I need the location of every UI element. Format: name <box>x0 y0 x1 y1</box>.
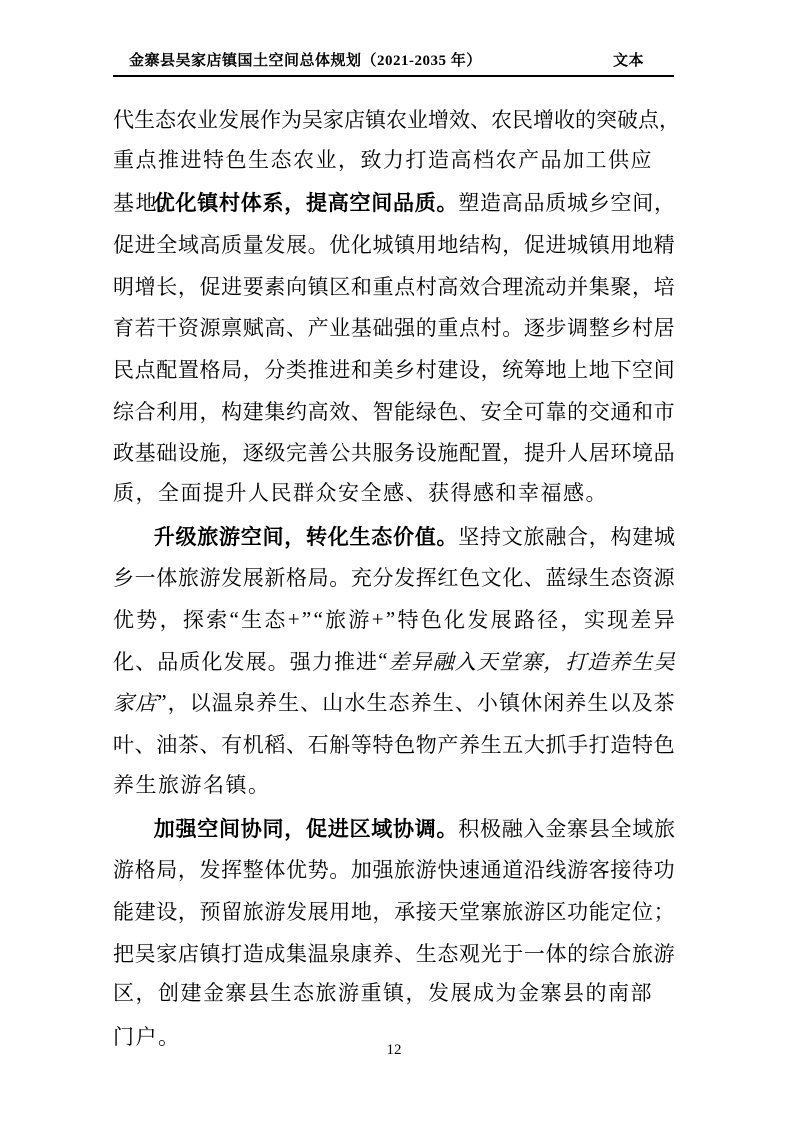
bold-text-char: 协 <box>241 813 262 843</box>
normal-text-char: 乡 <box>610 312 631 342</box>
normal-text-char: 于 <box>502 938 523 968</box>
bold-text-char: 区 <box>350 813 371 843</box>
normal-text-char: 天 <box>437 896 458 926</box>
normal-text-char: 合 <box>135 396 156 426</box>
text-line: 育若干资源禀赋高、产业基础强的重点村。逐步调整乡村居 <box>113 306 675 348</box>
normal-text-char: 推 <box>308 354 329 384</box>
normal-text-char: 镇 <box>200 938 221 968</box>
normal-text-char: 业 <box>197 104 218 134</box>
normal-text-char: 地 <box>632 229 653 259</box>
bold-text-char: 镇 <box>197 187 218 217</box>
normal-text-char: 的 <box>567 938 588 968</box>
bold-text-char: 间 <box>263 521 284 551</box>
normal-text-char: 全 <box>502 396 523 426</box>
normal-text-char: ， <box>654 187 675 217</box>
normal-text-char: 承 <box>394 896 415 926</box>
normal-text-char: 发 <box>467 604 488 634</box>
normal-text-char: 展 <box>286 229 307 259</box>
page-header: 金寨县吴家店镇国土空间总体规划（2021-2035 年） 文本 <box>113 49 674 77</box>
bold-text-char: 品 <box>393 187 414 217</box>
normal-text-char: 分 <box>373 562 394 592</box>
normal-text-char: 造 <box>243 938 264 968</box>
normal-text-char: 造 <box>480 187 501 217</box>
bold-text-char: 体 <box>241 187 262 217</box>
normal-text-char: 的 <box>575 104 596 134</box>
normal-text-char: 约 <box>286 396 307 426</box>
normal-text-char: 统 <box>502 354 523 384</box>
normal-text-char: 塑 <box>458 187 479 217</box>
normal-text-char: 局 <box>308 562 329 592</box>
normal-text-char: 进 <box>221 271 242 301</box>
normal-text-char: 发 <box>264 229 285 259</box>
normal-text-char: 合 <box>567 521 588 551</box>
normal-text-char: ” <box>302 607 311 632</box>
normal-text-char: 生 <box>366 687 387 717</box>
normal-text-char: 强 <box>373 854 394 884</box>
normal-text-char: ， <box>243 354 264 384</box>
normal-text-char: ， <box>160 604 181 634</box>
normal-text-char: 地 <box>437 229 458 259</box>
normal-text-char: 以 <box>190 687 211 717</box>
normal-text-char: 和 <box>632 396 653 426</box>
text-line: 优化镇村体系，提高空间品质。塑造高品质城乡空间， <box>113 181 675 223</box>
normal-text-char: 展 <box>246 646 267 676</box>
text-line: 叶、油茶、有机稻、石斛等特色物产养生五大抓手打造特色 <box>113 723 675 765</box>
normal-text-char: 寨 <box>567 813 588 843</box>
normal-text-char: 发 <box>200 854 221 884</box>
bold-text-char: 村 <box>219 187 240 217</box>
normal-text-char: 强 <box>290 646 311 676</box>
normal-text-char: 物 <box>416 729 437 759</box>
normal-text-char: 色 <box>459 562 480 592</box>
normal-text-char: 动 <box>546 271 567 301</box>
normal-text-char: 配 <box>156 354 177 384</box>
bold-text-char: 加 <box>154 813 175 843</box>
italic-text-char: 店 <box>135 687 156 717</box>
normal-text-char: 康 <box>351 938 372 968</box>
bold-text-char: 价 <box>393 521 414 551</box>
normal-text-char: 筹 <box>524 354 545 384</box>
bold-text-char: 值 <box>415 521 436 551</box>
normal-text-char: 村 <box>632 312 653 342</box>
normal-text-char: ， <box>168 687 189 717</box>
normal-text-char: 通 <box>481 854 502 884</box>
normal-text-char: 持 <box>480 521 501 551</box>
normal-text-char: 温 <box>212 687 233 717</box>
italic-text-char: 融 <box>433 646 454 676</box>
normal-text-char: + <box>372 607 384 632</box>
normal-text-char: 旅 <box>394 854 415 884</box>
normal-text-char: 、 <box>200 729 221 759</box>
normal-text-char: 安 <box>481 396 502 426</box>
normal-text-char: 新 <box>264 562 285 592</box>
normal-text-char: 聚 <box>610 271 631 301</box>
normal-text-char: 休 <box>521 687 542 717</box>
text-line: 养生旅游名镇。 <box>113 765 675 807</box>
normal-text-char: 生 <box>416 938 437 968</box>
text-line: 质，全面提升人民群众安全感、获得感和幸福感。 <box>113 473 675 515</box>
normal-text-char: 促 <box>113 229 134 259</box>
normal-text-char: 的 <box>567 396 588 426</box>
normal-text-char: 高 <box>437 271 458 301</box>
normal-text-char: 索 <box>206 604 227 634</box>
normal-text-char: 坚 <box>458 521 479 551</box>
normal-text-char: 色 <box>437 396 458 426</box>
bold-text-char: 系 <box>263 187 284 217</box>
document-page: 金寨县吴家店镇国土空间总体规划（2021-2035 年） 文本 代生态农业发展作… <box>0 0 793 1122</box>
normal-text-char: 水 <box>344 687 365 717</box>
normal-text-char: 促 <box>524 229 545 259</box>
normal-text-char: 及 <box>632 687 653 717</box>
bold-text-char: ， <box>284 521 305 551</box>
bold-text-char: 。 <box>437 187 458 217</box>
italic-text-char: 生 <box>632 646 653 676</box>
bold-text-char: 级 <box>176 521 197 551</box>
normal-text-char: 向 <box>286 271 307 301</box>
text-line: 明增长，促进要素向镇区和重点村高效合理流动并集聚，培 <box>113 265 675 307</box>
normal-text-char: 用 <box>178 396 199 426</box>
italic-text-char: 入 <box>455 646 476 676</box>
normal-text-char: 位 <box>632 896 653 926</box>
bold-text-char: 促 <box>306 813 327 843</box>
normal-text-char: 探 <box>183 604 204 634</box>
normal-text-char: ， <box>632 271 653 301</box>
normal-text-char: 区 <box>329 271 350 301</box>
normal-text-char: 旅 <box>632 938 653 968</box>
normal-text-char: 环 <box>610 437 631 467</box>
page-footer: 12 <box>113 1040 675 1060</box>
normal-text-char: 乡 <box>589 187 610 217</box>
normal-text-char: 镇 <box>308 271 329 301</box>
normal-text-char: 家 <box>323 104 344 134</box>
text-line: 民点配置格局，分类推进和美乡村建设，统筹地上地下空间 <box>113 348 675 390</box>
normal-text-char: 民 <box>113 354 134 384</box>
normal-text-char: ， <box>373 896 394 926</box>
bold-text-char: 态 <box>371 521 392 551</box>
normal-text-char: 逐 <box>243 437 264 467</box>
normal-text-char: 游 <box>200 562 221 592</box>
bold-text-char: 强 <box>176 813 197 843</box>
normal-text-char: 进 <box>356 646 377 676</box>
normal-text-char: 文 <box>481 562 502 592</box>
normal-text-char: 。 <box>308 229 329 259</box>
normal-text-char: 建 <box>135 896 156 926</box>
normal-text-char: 镇 <box>394 229 415 259</box>
normal-text-char: 势 <box>308 854 329 884</box>
normal-text-char: 展 <box>491 604 512 634</box>
normal-text-char: 用 <box>329 896 350 926</box>
normal-text-char: 旅 <box>502 896 523 926</box>
normal-text-char: 寨 <box>481 896 502 926</box>
normal-text-char: “ <box>229 607 238 632</box>
normal-text-char: 构 <box>481 229 502 259</box>
normal-text-char: 游 <box>524 896 545 926</box>
normal-text-char: 品 <box>157 646 178 676</box>
normal-text-char: 配 <box>459 437 480 467</box>
normal-text-char: 能 <box>394 396 415 426</box>
text-line: 区，创建金寨县生态旅游重镇，发展成为金寨县的南部门户。 <box>113 973 675 1015</box>
normal-text-char: 进 <box>135 229 156 259</box>
normal-text-char: 手 <box>567 729 588 759</box>
normal-text-char: 居 <box>589 437 610 467</box>
normal-text-char: ， <box>502 437 523 467</box>
normal-text-char: 合 <box>481 271 502 301</box>
normal-text-char: 化 <box>113 646 134 676</box>
normal-text-char: 化 <box>201 646 222 676</box>
normal-text-char: 重 <box>437 312 458 342</box>
normal-text-char: 干 <box>156 312 177 342</box>
normal-text-char: 强 <box>394 312 415 342</box>
normal-text-char: 蓝 <box>546 562 567 592</box>
normal-text-char: 路 <box>514 604 535 634</box>
normal-text-char: 素 <box>264 271 285 301</box>
normal-text-char: 、 <box>524 562 545 592</box>
normal-text-char: 点 <box>638 104 659 134</box>
normal-text-char: 成 <box>264 938 285 968</box>
normal-text-char: 综 <box>113 396 134 426</box>
normal-text-char: 异 <box>654 604 675 634</box>
normal-text-char: 养 <box>411 687 432 717</box>
normal-text-char: 吴 <box>135 938 156 968</box>
normal-text-char: 优 <box>286 854 307 884</box>
bold-text-char: ， <box>284 813 305 843</box>
normal-text-char: 挥 <box>416 562 437 592</box>
normal-text-char: 客 <box>589 854 610 884</box>
normal-text-char: 步 <box>546 312 567 342</box>
normal-text-char: 民 <box>512 104 533 134</box>
normal-text-char: 色 <box>421 604 442 634</box>
normal-text-char: 生 <box>241 604 262 634</box>
bold-text-char: 进 <box>328 813 349 843</box>
normal-text-char: 增 <box>428 104 449 134</box>
normal-text-char: 整 <box>589 312 610 342</box>
normal-text-char: 共 <box>351 437 372 467</box>
normal-text-char: 效 <box>459 271 480 301</box>
normal-text-char: 发 <box>223 646 244 676</box>
normal-text-char: 优 <box>329 229 350 259</box>
normal-text-char: 突 <box>596 104 617 134</box>
italic-text-char: 打 <box>565 646 586 676</box>
normal-text-char: 点 <box>459 312 480 342</box>
normal-text-char: ， <box>178 854 199 884</box>
normal-text-char: 类 <box>286 354 307 384</box>
bold-text-char: 。 <box>437 813 458 843</box>
italic-text-char: 异 <box>411 646 432 676</box>
normal-text-segment: 养生旅游名镇。 <box>113 773 271 797</box>
normal-text-char: 发 <box>394 562 415 592</box>
normal-text-char: 店 <box>178 938 199 968</box>
normal-text-char: 格 <box>200 354 221 384</box>
normal-text-char: 游 <box>654 938 675 968</box>
normal-text-char: 完 <box>286 437 307 467</box>
normal-text-char: 养 <box>256 687 277 717</box>
normal-text-char: 上 <box>567 354 588 384</box>
normal-text-char: 游 <box>348 604 369 634</box>
normal-text-char: 。 <box>329 854 350 884</box>
normal-text-char: 流 <box>524 271 545 301</box>
normal-text-char: ， <box>659 104 680 134</box>
normal-text-char: 生 <box>587 687 608 717</box>
normal-text-char: 地 <box>546 354 567 384</box>
normal-text-char: 态 <box>264 604 285 634</box>
normal-text-char: 功 <box>567 896 588 926</box>
normal-text-char: 高 <box>264 312 285 342</box>
normal-text-char: 赋 <box>243 312 264 342</box>
normal-text-char: 、 <box>286 729 307 759</box>
normal-text-char: 预 <box>200 896 221 926</box>
normal-text-char: 善 <box>308 437 329 467</box>
bold-text-char: 间 <box>219 813 240 843</box>
normal-text-char: 优 <box>113 604 134 634</box>
normal-text-char: 资 <box>632 562 653 592</box>
normal-text-char: ， <box>502 229 523 259</box>
normal-text-char: 特 <box>632 729 653 759</box>
bold-text-char: 化 <box>328 521 349 551</box>
normal-text-char: 农 <box>491 104 512 134</box>
normal-text-char: ； <box>654 896 675 926</box>
normal-text-char: 效 <box>449 104 470 134</box>
normal-text-char: ， <box>561 604 582 634</box>
normal-text-char: 品 <box>524 187 545 217</box>
normal-text-char: 生 <box>433 687 454 717</box>
normal-text-char: 明 <box>113 271 134 301</box>
normal-text-char: 化 <box>444 604 465 634</box>
normal-text-char: 展 <box>239 104 260 134</box>
normal-text-char: 要 <box>243 271 264 301</box>
normal-text-segment: 质，全面提升人民群众安全感、获得感和幸福感。 <box>113 481 608 505</box>
normal-text-char: 境 <box>632 437 653 467</box>
normal-text-char: 实 <box>584 604 605 634</box>
normal-text-char: 以 <box>609 687 630 717</box>
normal-text-char: 并 <box>567 271 588 301</box>
bold-text-char: 化 <box>176 187 197 217</box>
normal-text-char: 质 <box>221 229 242 259</box>
normal-text-char: 石 <box>308 729 329 759</box>
bold-text-char: 同 <box>263 813 284 843</box>
normal-text-char: 。 <box>268 646 289 676</box>
normal-text-char: 合 <box>610 938 631 968</box>
bold-text-char: 优 <box>154 187 175 217</box>
normal-text-char: 村 <box>481 312 502 342</box>
normal-text-char: 养 <box>459 729 480 759</box>
normal-text-char: ， <box>200 396 221 426</box>
text-line: 化、品质化发展。强力推进“差异融入天堂寨，打造养生吴 <box>113 640 675 682</box>
text-line: 促进全域高质量发展。优化城镇用地结构，促进城镇用地精 <box>113 223 675 265</box>
normal-text-char: 发 <box>286 896 307 926</box>
normal-text-char: 展 <box>308 896 329 926</box>
text-line: 乡一体旅游发展新格局。充分发挥红色文化、蓝绿生态资源 <box>113 557 675 599</box>
bold-text-char: 高 <box>328 187 349 217</box>
normal-text-char: + <box>288 607 300 632</box>
normal-text-char: 础 <box>373 312 394 342</box>
bold-text-char: 升 <box>154 521 175 551</box>
normal-text-char: 增 <box>533 104 554 134</box>
document-body: 代生态农业发展作为吴家店镇农业增效、农民增收的突破点，重点推进特色生态农业，致力… <box>113 98 675 1015</box>
page-number: 12 <box>387 1042 402 1058</box>
bold-text-char: ， <box>284 187 305 217</box>
normal-text-char: 道 <box>502 854 523 884</box>
italic-text-char: 堂 <box>499 646 520 676</box>
normal-text-char: 交 <box>589 396 610 426</box>
normal-text-char: 若 <box>135 312 156 342</box>
normal-text-char: 泉 <box>329 938 350 968</box>
normal-text-char: 旅 <box>524 521 545 551</box>
normal-text-char: 集 <box>286 938 307 968</box>
bold-text-char: 域 <box>371 813 392 843</box>
normal-text-char: 斛 <box>329 729 350 759</box>
normal-text-char: 综 <box>589 938 610 968</box>
text-line: 优势，探索“生态+”“旅游+”特色化发展路径，实现差异 <box>113 598 675 640</box>
normal-text-char: 级 <box>264 437 285 467</box>
normal-text-char: 。 <box>329 562 350 592</box>
normal-text-char: 构 <box>611 521 632 551</box>
normal-text-char: 村 <box>416 354 437 384</box>
normal-text-char: 育 <box>113 312 134 342</box>
normal-text-char: 油 <box>156 729 177 759</box>
normal-text-char: 城 <box>654 521 675 551</box>
normal-text-char: 农 <box>176 104 197 134</box>
normal-text-char: 设 <box>416 437 437 467</box>
normal-text-char: 融 <box>545 521 566 551</box>
normal-text-char: 集 <box>589 271 610 301</box>
normal-text-char: 极 <box>480 813 501 843</box>
normal-text-char: 、 <box>351 396 372 426</box>
normal-text-char: 线 <box>546 854 567 884</box>
normal-text-char: 政 <box>113 437 134 467</box>
normal-text-char: 靠 <box>546 396 567 426</box>
normal-text-char: 养 <box>565 687 586 717</box>
normal-text-char: 域 <box>632 813 653 843</box>
normal-text-char: 分 <box>264 354 285 384</box>
normal-text-char: 发 <box>218 104 239 134</box>
normal-text-char: 长 <box>156 271 177 301</box>
normal-text-char: 间 <box>654 354 675 384</box>
normal-text-char: 色 <box>394 729 415 759</box>
normal-text-char: 结 <box>459 229 480 259</box>
normal-text-char: 径 <box>537 604 558 634</box>
normal-text-char: 功 <box>654 854 675 884</box>
bold-text-char: 。 <box>437 521 458 551</box>
normal-text-char: 闲 <box>543 687 564 717</box>
normal-text-char: 态 <box>389 687 410 717</box>
normal-text-char: 稻 <box>264 729 285 759</box>
normal-text-char: 、 <box>135 646 156 676</box>
normal-text-char: 和 <box>351 271 372 301</box>
italic-text-char: ， <box>543 646 564 676</box>
normal-text-char: 间 <box>632 187 653 217</box>
header-document-title: 金寨县吴家店镇国土空间总体规划（2021-2035 年） <box>113 49 482 70</box>
normal-text-char: “ <box>313 607 322 632</box>
normal-text-char: 家 <box>156 938 177 968</box>
normal-text-char: 山 <box>322 687 343 717</box>
normal-text-char: 、 <box>300 687 321 717</box>
normal-text-char: ， <box>481 354 502 384</box>
normal-text-char: 茶 <box>654 687 675 717</box>
normal-text-char: 设 <box>178 437 199 467</box>
normal-text-char: 置 <box>481 437 502 467</box>
normal-text-char: 等 <box>351 729 372 759</box>
normal-text-char: 堂 <box>459 896 480 926</box>
normal-text-char: 、 <box>394 938 415 968</box>
normal-text-char: 可 <box>524 396 545 426</box>
normal-text-char: 培 <box>654 271 675 301</box>
text-line: 升级旅游空间，转化生态价值。坚持文旅融合，构建城 <box>113 515 675 557</box>
normal-text-char: 势 <box>136 604 157 634</box>
normal-text-char: 的 <box>416 312 437 342</box>
italic-text-char: 造 <box>587 646 608 676</box>
normal-text-char: 。 <box>502 312 523 342</box>
normal-text-char: 快 <box>437 854 458 884</box>
